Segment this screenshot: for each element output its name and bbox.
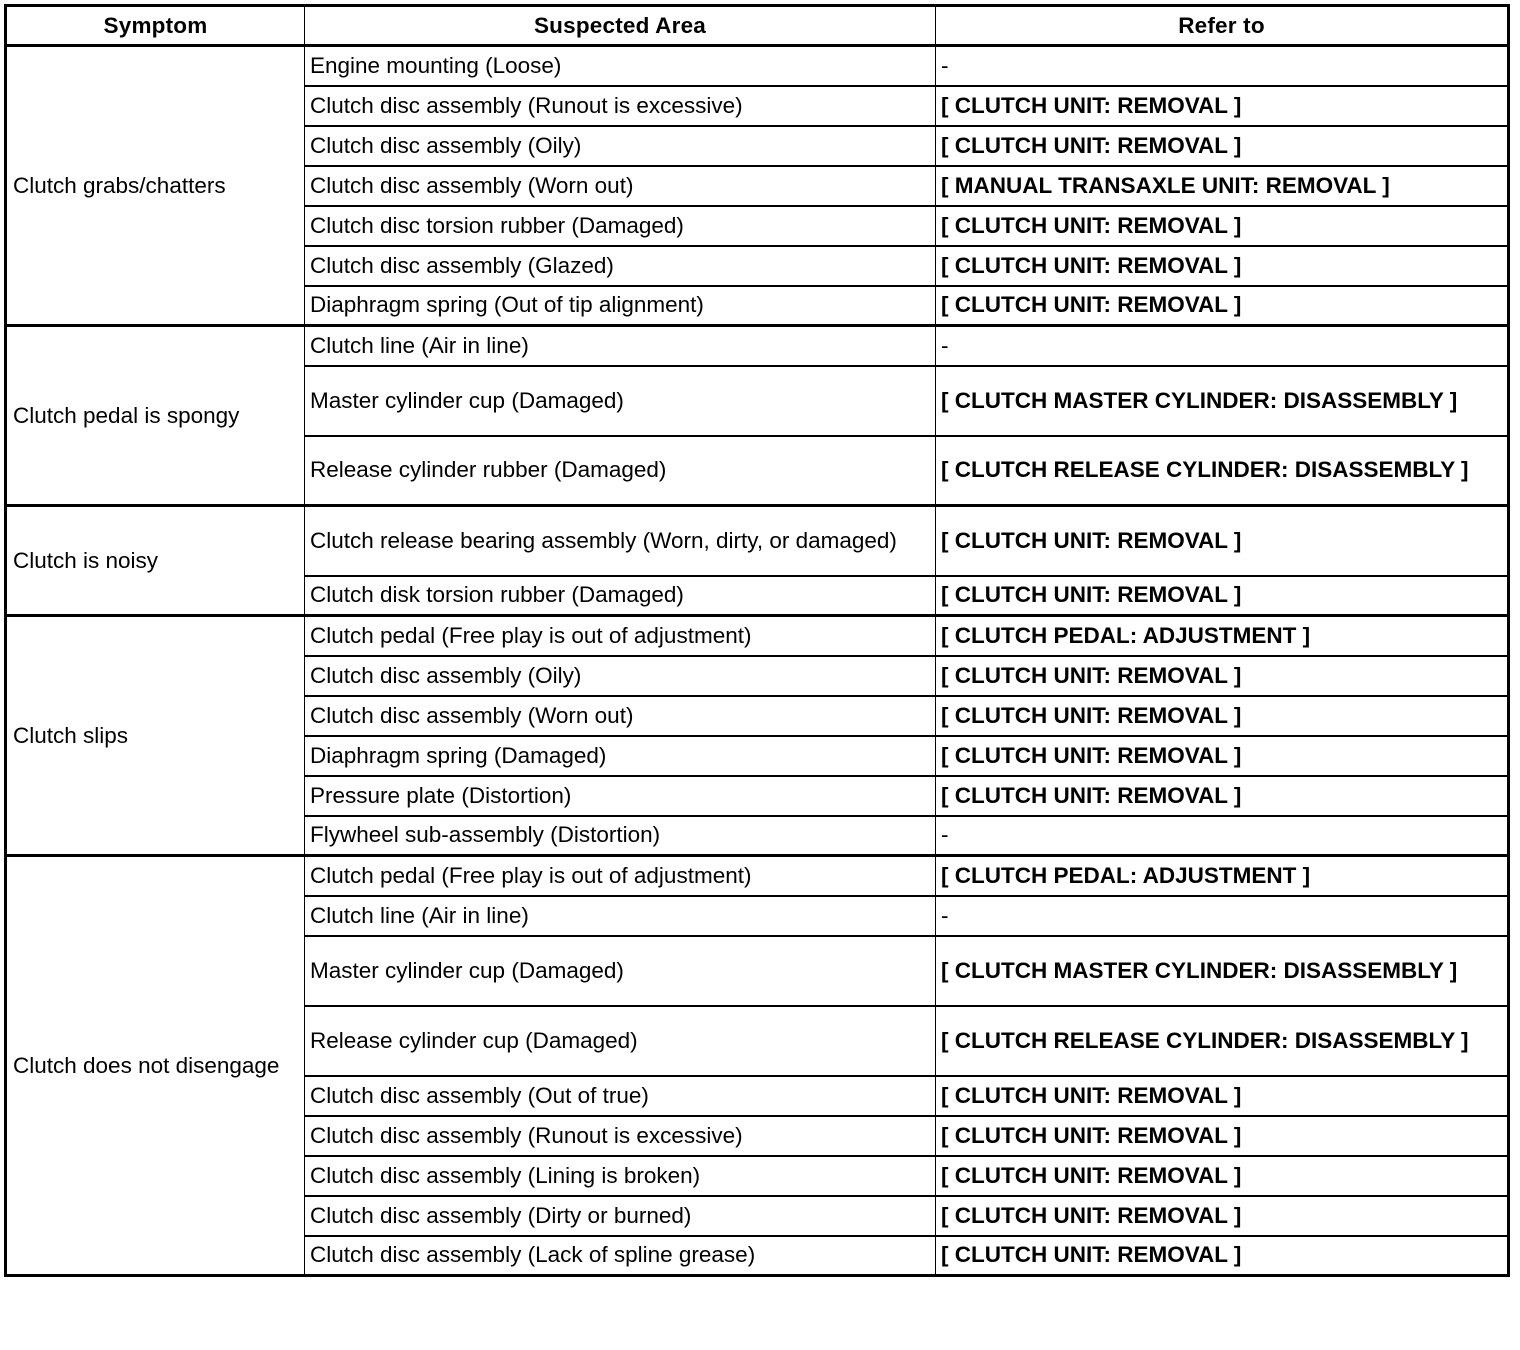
- symptom-cell: Clutch slips: [6, 616, 305, 856]
- refer-to-link[interactable]: [ CLUTCH UNIT: REMOVAL ]: [936, 1156, 1509, 1196]
- refer-to-link[interactable]: [ CLUTCH UNIT: REMOVAL ]: [936, 576, 1509, 616]
- suspected-area-cell: Release cylinder rubber (Damaged): [305, 436, 936, 506]
- suspected-area-cell: Clutch disc assembly (Lack of spline gre…: [305, 1236, 936, 1276]
- symptom-cell: Clutch grabs/chatters: [6, 46, 305, 326]
- suspected-area-cell: Engine mounting (Loose): [305, 46, 936, 86]
- refer-to-cell: -: [936, 896, 1509, 936]
- header-symptom: Symptom: [6, 6, 305, 46]
- suspected-area-cell: Master cylinder cup (Damaged): [305, 936, 936, 1006]
- suspected-area-cell: Flywheel sub-assembly (Distortion): [305, 816, 936, 856]
- suspected-area-cell: Diaphragm spring (Damaged): [305, 736, 936, 776]
- symptom-cell: Clutch does not disengage: [6, 856, 305, 1276]
- header-row: Symptom Suspected Area Refer to: [6, 6, 1509, 46]
- symptom-cell: Clutch is noisy: [6, 506, 305, 616]
- refer-to-link[interactable]: [ CLUTCH UNIT: REMOVAL ]: [936, 126, 1509, 166]
- suspected-area-cell: Clutch line (Air in line): [305, 896, 936, 936]
- suspected-area-cell: Clutch disc assembly (Worn out): [305, 166, 936, 206]
- refer-to-link[interactable]: [ CLUTCH UNIT: REMOVAL ]: [936, 1076, 1509, 1116]
- refer-to-link[interactable]: [ CLUTCH UNIT: REMOVAL ]: [936, 696, 1509, 736]
- refer-to-link[interactable]: [ CLUTCH UNIT: REMOVAL ]: [936, 506, 1509, 576]
- header-suspected-area: Suspected Area: [305, 6, 936, 46]
- refer-to-link[interactable]: [ CLUTCH UNIT: REMOVAL ]: [936, 736, 1509, 776]
- table-body: Clutch grabs/chattersEngine mounting (Lo…: [6, 46, 1509, 1276]
- refer-to-link[interactable]: [ MANUAL TRANSAXLE UNIT: REMOVAL ]: [936, 166, 1509, 206]
- refer-to-link[interactable]: [ CLUTCH UNIT: REMOVAL ]: [936, 1236, 1509, 1276]
- refer-to-link[interactable]: [ CLUTCH RELEASE CYLINDER: DISASSEMBLY ]: [936, 1006, 1509, 1076]
- table-row: Clutch does not disengageClutch pedal (F…: [6, 856, 1509, 896]
- refer-to-link[interactable]: [ CLUTCH UNIT: REMOVAL ]: [936, 246, 1509, 286]
- symptom-cell: Clutch pedal is spongy: [6, 326, 305, 506]
- header-refer-to: Refer to: [936, 6, 1509, 46]
- refer-to-link[interactable]: [ CLUTCH RELEASE CYLINDER: DISASSEMBLY ]: [936, 436, 1509, 506]
- suspected-area-cell: Clutch line (Air in line): [305, 326, 936, 366]
- suspected-area-cell: Clutch disc assembly (Oily): [305, 126, 936, 166]
- refer-to-link[interactable]: [ CLUTCH UNIT: REMOVAL ]: [936, 1196, 1509, 1236]
- suspected-area-cell: Pressure plate (Distortion): [305, 776, 936, 816]
- refer-to-link[interactable]: [ CLUTCH UNIT: REMOVAL ]: [936, 656, 1509, 696]
- refer-to-link[interactable]: [ CLUTCH UNIT: REMOVAL ]: [936, 776, 1509, 816]
- table-row: Clutch slipsClutch pedal (Free play is o…: [6, 616, 1509, 656]
- refer-to-cell: -: [936, 326, 1509, 366]
- suspected-area-cell: Clutch disc assembly (Out of true): [305, 1076, 936, 1116]
- refer-to-link[interactable]: [ CLUTCH UNIT: REMOVAL ]: [936, 286, 1509, 326]
- refer-to-link[interactable]: [ CLUTCH UNIT: REMOVAL ]: [936, 206, 1509, 246]
- suspected-area-cell: Clutch release bearing assembly (Worn, d…: [305, 506, 936, 576]
- suspected-area-cell: Diaphragm spring (Out of tip alignment): [305, 286, 936, 326]
- refer-to-cell: -: [936, 816, 1509, 856]
- refer-to-link[interactable]: [ CLUTCH PEDAL: ADJUSTMENT ]: [936, 616, 1509, 656]
- suspected-area-cell: Clutch disc assembly (Dirty or burned): [305, 1196, 936, 1236]
- table-row: Clutch is noisyClutch release bearing as…: [6, 506, 1509, 576]
- suspected-area-cell: Clutch disk torsion rubber (Damaged): [305, 576, 936, 616]
- table-row: Clutch pedal is spongyClutch line (Air i…: [6, 326, 1509, 366]
- refer-to-link[interactable]: [ CLUTCH MASTER CYLINDER: DISASSEMBLY ]: [936, 936, 1509, 1006]
- refer-to-link[interactable]: [ CLUTCH UNIT: REMOVAL ]: [936, 86, 1509, 126]
- suspected-area-cell: Clutch disc assembly (Glazed): [305, 246, 936, 286]
- troubleshooting-table: Symptom Suspected Area Refer to Clutch g…: [4, 4, 1510, 1277]
- refer-to-cell: -: [936, 46, 1509, 86]
- suspected-area-cell: Clutch pedal (Free play is out of adjust…: [305, 856, 936, 896]
- suspected-area-cell: Clutch disc torsion rubber (Damaged): [305, 206, 936, 246]
- table-row: Clutch grabs/chattersEngine mounting (Lo…: [6, 46, 1509, 86]
- suspected-area-cell: Clutch disc assembly (Lining is broken): [305, 1156, 936, 1196]
- suspected-area-cell: Clutch pedal (Free play is out of adjust…: [305, 616, 936, 656]
- suspected-area-cell: Release cylinder cup (Damaged): [305, 1006, 936, 1076]
- refer-to-link[interactable]: [ CLUTCH UNIT: REMOVAL ]: [936, 1116, 1509, 1156]
- refer-to-link[interactable]: [ CLUTCH MASTER CYLINDER: DISASSEMBLY ]: [936, 366, 1509, 436]
- suspected-area-cell: Clutch disc assembly (Worn out): [305, 696, 936, 736]
- suspected-area-cell: Master cylinder cup (Damaged): [305, 366, 936, 436]
- suspected-area-cell: Clutch disc assembly (Oily): [305, 656, 936, 696]
- suspected-area-cell: Clutch disc assembly (Runout is excessiv…: [305, 86, 936, 126]
- refer-to-link[interactable]: [ CLUTCH PEDAL: ADJUSTMENT ]: [936, 856, 1509, 896]
- suspected-area-cell: Clutch disc assembly (Runout is excessiv…: [305, 1116, 936, 1156]
